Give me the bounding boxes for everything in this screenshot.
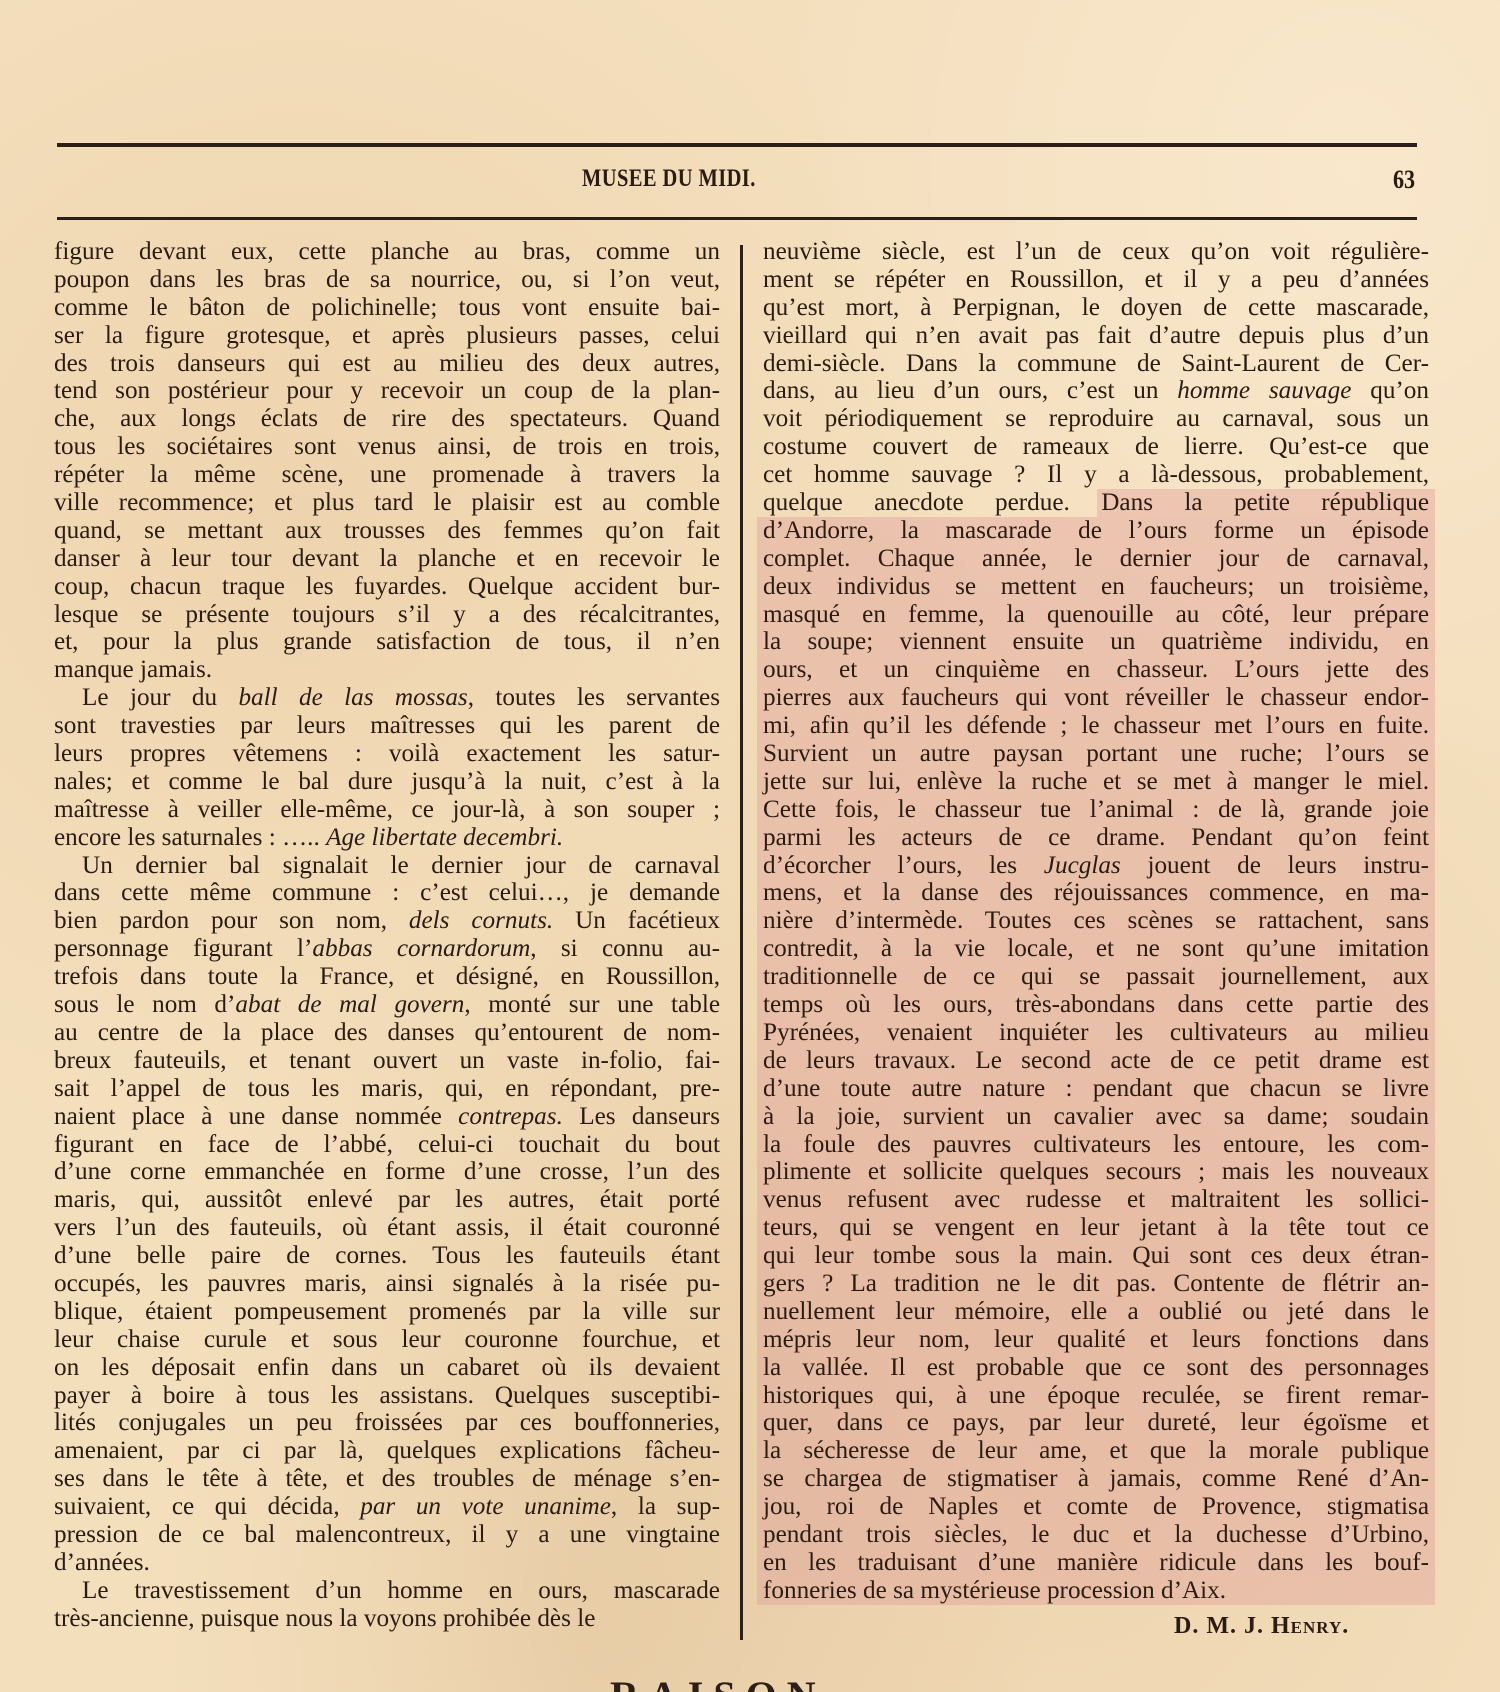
line-text: manque jamais.: [54, 656, 212, 683]
text-line: et, pour la plus grande satisfaction de …: [54, 628, 720, 656]
text-line: teurs, qui se vengent en leur jetant à l…: [757, 1214, 1435, 1242]
text-line: demi-siècle. Dans la commune de Saint-La…: [763, 350, 1429, 378]
line-text: nuellement leur mémoire, elle a oublié o…: [763, 1298, 1429, 1325]
text-line: Pyrénées, venaient inquiéter les cultiva…: [757, 1019, 1435, 1047]
line-text: nière d’intermède. Toutes ces scènes se …: [763, 907, 1429, 934]
line-text: la vallée. Il est probable que ce sont d…: [763, 1354, 1429, 1381]
line-text: dans cette même commune : c’est celui…, …: [54, 879, 720, 906]
text-line: jette sur lui, enlève la ruche et se met…: [757, 768, 1435, 796]
text-line: plimente et sollicite quelques secours ;…: [757, 1158, 1435, 1186]
text-line: trefois dans toute la France, et désigné…: [54, 963, 720, 991]
line-text: jou, roi de Naples et comte de Provence,…: [763, 1493, 1429, 1520]
line-text: occupés, les pauvres maris, ainsi signal…: [54, 1270, 720, 1297]
line-text: des trois danseurs qui est au milieu des…: [54, 350, 720, 377]
author-initials: D. M. J.: [1174, 1613, 1271, 1639]
line-text: naient place à une danse nommée: [54, 1103, 458, 1130]
text-line: au centre de la place des danses qu’ento…: [54, 1019, 720, 1047]
text-line: vers l’un des fauteuils, où étant assis,…: [54, 1214, 720, 1242]
text-line: leur chaise curule et sous leur couronne…: [54, 1326, 720, 1354]
text-line: qui leur tombe sous la main. Qui sont ce…: [757, 1242, 1435, 1270]
line-text: venus refusent avec rudesse et maltraite…: [763, 1186, 1429, 1213]
text-line: neuvième siècle, est l’un de ceux qu’on …: [763, 238, 1429, 266]
text-line: quand, se mettant aux trousses des femme…: [54, 517, 720, 545]
line-text: d’une corne emmanchée en forme d’une cro…: [54, 1158, 720, 1185]
text-line: Le jour du ball de las mossas, toutes le…: [54, 684, 720, 712]
text-line: la vallée. Il est probable que ce sont d…: [757, 1354, 1435, 1382]
line-text: de leurs travaux. Le second acte de ce p…: [763, 1047, 1429, 1074]
line-text: poupon dans les bras de sa nourrice, ou,…: [54, 266, 720, 293]
text-line: dans cette même commune : c’est celui…, …: [54, 879, 720, 907]
line-text: pierres aux faucheurs qui vont réveiller…: [763, 684, 1429, 711]
line-text: personnage figurant l’: [54, 935, 312, 962]
text-line: sont travesties par leurs maîtresses qui…: [54, 712, 720, 740]
text-line: danser à leur tour devant la planche et …: [54, 545, 720, 573]
line-text: tous les sociétaires sont venus ainsi, d…: [54, 433, 720, 460]
text-line: Survient un autre paysan portant une ruc…: [757, 740, 1435, 768]
text-line: Le travestissement d’un homme en ours, m…: [54, 1577, 720, 1605]
line-text: Cette fois, le chasseur tue l’animal : d…: [763, 796, 1429, 823]
text-line: la sécheresse de leur ame, et que la mor…: [757, 1437, 1435, 1465]
line-text: leurs propres vêtemens : voilà exactemen…: [54, 740, 720, 767]
line-text: pendant trois siècles, le duc et la duch…: [763, 1521, 1429, 1548]
line-text: figure devant eux, cette planche au bras…: [54, 238, 720, 265]
italic-term: par un vote unanime: [360, 1493, 611, 1520]
line-text: breux fauteuils, et tenant ouvert un vas…: [54, 1047, 720, 1074]
line-text: ours, et un cinquième en chasseur. L’our…: [763, 656, 1429, 683]
line-text: amenaient, par ci par là, quelques expli…: [54, 1437, 720, 1464]
line-text-after: qu’on: [1351, 377, 1429, 404]
text-line: ville recommence; et plus tard le plaisi…: [54, 489, 720, 517]
line-text: en les traduisant d’une manière ridicule…: [763, 1549, 1429, 1576]
line-text: se chargea de stigmatiser à jamais, comm…: [763, 1465, 1429, 1492]
line-text-after: jouent de leurs instru-: [1121, 852, 1429, 879]
line-text: ville recommence; et plus tard le plaisi…: [54, 489, 720, 516]
line-text: mi, afin qu’il les défende ; le chasseur…: [763, 712, 1429, 739]
text-line: nales; et comme le bal dure jusqu’à la n…: [54, 768, 720, 796]
line-text-after: , toutes les servantes: [468, 684, 720, 711]
line-text: très-ancienne, puisque nous la voyons pr…: [54, 1605, 595, 1632]
text-line: dans, au lieu d’un ours, c’est un homme …: [763, 377, 1429, 405]
italic-term: abat de mal govern: [235, 991, 464, 1018]
text-line: vieillard qui n’en avait pas fait d’autr…: [763, 322, 1429, 350]
line-text: d’années.: [54, 1549, 150, 1576]
text-line: pendant trois siècles, le duc et la duch…: [757, 1521, 1435, 1549]
text-line: maîtresse à veiller elle-même, ce jour-l…: [54, 796, 720, 824]
text-line: pierres aux faucheurs qui vont réveiller…: [757, 684, 1435, 712]
line-text: cet homme sauvage ? Il y a là-dessous, p…: [763, 461, 1429, 488]
line-text: bien pardon pour son nom,: [54, 907, 409, 934]
line-text: sous le nom d’: [54, 991, 235, 1018]
text-line: jou, roi de Naples et comte de Provence,…: [757, 1493, 1435, 1521]
italic-term: Jucglas: [1044, 852, 1121, 879]
line-text: che, aux longs éclats de rire des specta…: [54, 405, 720, 432]
text-line: mi, afin qu’il les défende ; le chasseur…: [757, 712, 1435, 740]
line-text: temps où les ours, très-abondans dans ce…: [763, 991, 1429, 1018]
left-column: figure devant eux, cette planche au bras…: [54, 238, 720, 1633]
text-line: venus refusent avec rudesse et maltraite…: [757, 1186, 1435, 1214]
line-text-after: Les danseurs: [563, 1103, 720, 1130]
line-text: teurs, qui se vengent en leur jetant à l…: [763, 1214, 1429, 1241]
text-line: mépris leur nom, leur qualité et leurs f…: [757, 1326, 1435, 1354]
line-text: tend son postérieur pour y recevoir un c…: [54, 377, 720, 404]
line-text: neuvième siècle, est l’un de ceux qu’on …: [763, 238, 1429, 265]
text-line: tend son postérieur pour y recevoir un c…: [54, 377, 720, 405]
text-line: d’une belle paire de cornes. Tous les fa…: [54, 1242, 720, 1270]
line-text: coup, chacun traque les fuyardes. Quelqu…: [54, 573, 720, 600]
line-text: la foule des pauvres cultivateurs les en…: [763, 1131, 1429, 1158]
line-text-after: Un facétieux: [553, 907, 720, 934]
text-line: sous le nom d’abat de mal govern, monté …: [54, 991, 720, 1019]
line-text: parmi les acteurs de ce drame. Pendant q…: [763, 824, 1429, 851]
line-text: Survient un autre paysan portant une ruc…: [763, 740, 1429, 767]
line-text: deux individus se mettent en faucheurs; …: [763, 573, 1429, 600]
author-signature: D. M. J. Henry.: [1174, 1613, 1349, 1640]
line-text: ser la figure grotesque, et après plusie…: [54, 322, 720, 349]
line-text-after: , si connu au-: [530, 935, 720, 962]
text-line: ser la figure grotesque, et après plusie…: [54, 322, 720, 350]
running-head: MUSEE DU MIDI. 63: [0, 165, 1500, 205]
text-line: très-ancienne, puisque nous la voyons pr…: [54, 1605, 720, 1633]
italic-term: Age libertate decembri.: [326, 824, 563, 851]
line-text: et, pour la plus grande satisfaction de …: [54, 628, 720, 655]
italic-term: abbas cornardorum: [312, 935, 530, 962]
text-line: ses dans le tête à tête, et des troubles…: [54, 1465, 720, 1493]
line-text: à la joie, survient un cavalier avec sa …: [763, 1103, 1429, 1130]
line-text: costume couvert de rameaux de lierre. Qu…: [763, 433, 1429, 460]
line-text: d’Andorre, la mascarade de l’ours forme …: [763, 517, 1429, 544]
text-line: masqué en femme, la quenouille au côté, …: [757, 601, 1435, 629]
text-line: pression de ce bal malencontreux, il y a…: [54, 1521, 720, 1549]
text-line: d’années.: [54, 1549, 720, 1577]
text-line: che, aux longs éclats de rire des specta…: [54, 405, 720, 433]
text-line: de leurs travaux. Le second acte de ce p…: [757, 1047, 1435, 1075]
text-line: en les traduisant d’une manière ridicule…: [757, 1549, 1435, 1577]
line-text: trefois dans toute la France, et désigné…: [54, 963, 720, 990]
italic-term: contrepas.: [458, 1103, 563, 1130]
line-text: leur chaise curule et sous leur couronne…: [54, 1326, 720, 1353]
line-text: figurant en face de l’abbé, celui-ci tou…: [54, 1131, 720, 1158]
line-text: nales; et comme le bal dure jusqu’à la n…: [54, 768, 720, 795]
line-text: qui leur tombe sous la main. Qui sont ce…: [763, 1242, 1429, 1269]
text-line: deux individus se mettent en faucheurs; …: [757, 573, 1435, 601]
text-line: Cette fois, le chasseur tue l’animal : d…: [757, 796, 1435, 824]
text-line: Un dernier bal signalait le dernier jour…: [54, 852, 720, 880]
text-line: manque jamais.: [54, 656, 720, 684]
text-line: complet. Chaque année, le dernier jour d…: [757, 545, 1435, 573]
text-line: des trois danseurs qui est au milieu des…: [54, 350, 720, 378]
text-line: leurs propres vêtemens : voilà exactemen…: [54, 740, 720, 768]
text-line: amenaient, par ci par là, quelques expli…: [54, 1437, 720, 1465]
text-line: à la joie, survient un cavalier avec sa …: [757, 1103, 1435, 1131]
line-text: blique, étaient pompeusement promenés pa…: [54, 1298, 720, 1325]
line-text: suivaient, ce qui décida,: [54, 1493, 360, 1520]
line-text: plimente et sollicite quelques secours ;…: [763, 1158, 1429, 1185]
line-text: ment se répéter en Roussillon, et il y a…: [763, 266, 1429, 293]
line-text: dans, au lieu d’un ours, c’est un: [763, 377, 1177, 404]
text-line: gers ? La tradition ne le dit pas. Conte…: [757, 1270, 1435, 1298]
line-text: quer, dans ce pays, par leur dureté, leu…: [763, 1409, 1429, 1436]
line-text: complet. Chaque année, le dernier jour d…: [763, 545, 1429, 572]
line-text: d’une toute autre nature : pendant que c…: [763, 1075, 1429, 1102]
line-text: on les déposait enfin dans un cabaret où…: [54, 1354, 720, 1381]
author-surname: Henry.: [1271, 1613, 1349, 1639]
line-text: d’une belle paire de cornes. Tous les fa…: [54, 1242, 720, 1269]
text-line: la foule des pauvres cultivateurs les en…: [757, 1131, 1435, 1159]
line-text: pression de ce bal malencontreux, il y a…: [54, 1521, 720, 1548]
text-line: d’une corne emmanchée en forme d’une cro…: [54, 1158, 720, 1186]
text-line: blique, étaient pompeusement promenés pa…: [54, 1298, 720, 1326]
text-line: naient place à une danse nommée contrepa…: [54, 1103, 720, 1131]
line-text: payer à boire à tous les assistans. Quel…: [54, 1382, 720, 1409]
line-text: demi-siècle. Dans la commune de Saint-La…: [763, 350, 1429, 377]
line-text-after: , la sup-: [611, 1493, 720, 1520]
italic-term: ball de las mossas: [238, 684, 467, 711]
line-text: maris, qui, aussitôt enlevé par les autr…: [54, 1186, 720, 1213]
text-line: tous les sociétaires sont venus ainsi, d…: [54, 433, 720, 461]
line-text: Le jour du: [82, 684, 238, 711]
text-line: maris, qui, aussitôt enlevé par les autr…: [54, 1186, 720, 1214]
text-line: se chargea de stigmatiser à jamais, comm…: [757, 1465, 1435, 1493]
text-line: mens, et la danse des réjouissances comm…: [757, 879, 1435, 907]
line-text: mens, et la danse des réjouissances comm…: [763, 879, 1429, 906]
italic-term: dels cornuts.: [409, 907, 553, 934]
line-text: la soupe; viennent ensuite un quatrième …: [763, 628, 1429, 655]
text-line: ours, et un cinquième en chasseur. L’our…: [757, 656, 1435, 684]
line-text: la sécheresse de leur ame, et que la mor…: [763, 1437, 1429, 1464]
line-text: qu’est mort, à Perpignan, le doyen de ce…: [763, 294, 1429, 321]
text-line: d’Andorre, la mascarade de l’ours forme …: [757, 517, 1435, 545]
header-top-rule: [57, 143, 1417, 147]
line-text: historiques qui, à une époque reculée, s…: [763, 1382, 1429, 1409]
text-line: cet homme sauvage ? Il y a là-dessous, p…: [763, 461, 1429, 489]
line-text: comme le bâton de polichinelle; tous von…: [54, 294, 720, 321]
line-text: voit périodiquement se reproduire au car…: [763, 405, 1429, 432]
text-line: fonneries de sa mystérieuse procession d…: [757, 1577, 1435, 1605]
italic-term: homme sauvage: [1177, 377, 1351, 404]
text-line: poupon dans les bras de sa nourrice, ou,…: [54, 266, 720, 294]
line-text: masqué en femme, la quenouille au côté, …: [763, 601, 1429, 628]
line-text: vieillard qui n’en avait pas fait d’autr…: [763, 322, 1429, 349]
text-line: lités conjugales un peu froissées par ce…: [54, 1409, 720, 1437]
line-text: quand, se mettant aux trousses des femme…: [54, 517, 720, 544]
line-text: sont travesties par leurs maîtresses qui…: [54, 712, 720, 739]
text-line: temps où les ours, très-abondans dans ce…: [757, 991, 1435, 1019]
text-line: coup, chacun traque les fuyardes. Quelqu…: [54, 573, 720, 601]
text-line: personnage figurant l’abbas cornardorum,…: [54, 935, 720, 963]
text-line: breux fauteuils, et tenant ouvert un vas…: [54, 1047, 720, 1075]
right-column: neuvième siècle, est l’un de ceux qu’on …: [763, 238, 1429, 1605]
line-text: danser à leur tour devant la planche et …: [54, 545, 720, 572]
line-text-after: , monté sur une table: [464, 991, 720, 1018]
line-text: quelque anecdote perdue. Dans la petite …: [763, 489, 1429, 516]
line-text: gers ? La tradition ne le dit pas. Conte…: [763, 1270, 1429, 1297]
text-line: on les déposait enfin dans un cabaret où…: [54, 1354, 720, 1382]
line-text: contredit, à la vie locale, et ne sont q…: [763, 935, 1429, 962]
text-line: encore les saturnales : ….. Age libertat…: [54, 824, 720, 852]
text-line: répéter la même scène, une promenade à t…: [54, 461, 720, 489]
text-line: figure devant eux, cette planche au bras…: [54, 238, 720, 266]
line-text: Pyrénées, venaient inquiéter les cultiva…: [763, 1019, 1429, 1046]
line-text: encore les saturnales : …..: [54, 824, 326, 851]
line-text: d’écorcher l’ours, les: [763, 852, 1044, 879]
text-line: costume couvert de rameaux de lierre. Qu…: [763, 433, 1429, 461]
text-line: nière d’intermède. Toutes ces scènes se …: [757, 907, 1435, 935]
text-line: parmi les acteurs de ce drame. Pendant q…: [757, 824, 1435, 852]
line-text: Le travestissement d’un homme en ours, m…: [82, 1577, 720, 1604]
line-text: fonneries de sa mystérieuse procession d…: [763, 1577, 1226, 1604]
text-line: traditionnelle de ce qui se passait jour…: [757, 963, 1435, 991]
text-line: voit périodiquement se reproduire au car…: [763, 405, 1429, 433]
line-text: jette sur lui, enlève la ruche et se met…: [763, 768, 1429, 795]
text-line: nuellement leur mémoire, elle a oublié o…: [757, 1298, 1435, 1326]
line-text: lesque se présente toujours s’il y a des…: [54, 601, 720, 628]
text-line: comme le bâton de polichinelle; tous von…: [54, 294, 720, 322]
text-line: payer à boire à tous les assistans. Quel…: [54, 1382, 720, 1410]
line-text: maîtresse à veiller elle-même, ce jour-l…: [54, 796, 720, 823]
line-text: Un dernier bal signalait le dernier jour…: [82, 852, 720, 879]
text-line: la soupe; viennent ensuite un quatrième …: [757, 628, 1435, 656]
page-number: 63: [1393, 165, 1415, 195]
text-line: qu’est mort, à Perpignan, le doyen de ce…: [763, 294, 1429, 322]
text-line: figurant en face de l’abbé, celui-ci tou…: [54, 1131, 720, 1159]
column-divider: [740, 245, 743, 1640]
text-line: sait l’appel de tous les maris, qui, en …: [54, 1075, 720, 1103]
text-line: lesque se présente toujours s’il y a des…: [54, 601, 720, 629]
line-text: au centre de la place des danses qu’ento…: [54, 1019, 720, 1046]
next-article-heading-fragment: RAISON: [610, 1676, 826, 1692]
line-text: lités conjugales un peu froissées par ce…: [54, 1409, 720, 1436]
text-line: suivaient, ce qui décida, par un vote un…: [54, 1493, 720, 1521]
line-text: traditionnelle de ce qui se passait jour…: [763, 963, 1429, 990]
text-line: d’une toute autre nature : pendant que c…: [757, 1075, 1435, 1103]
line-text: mépris leur nom, leur qualité et leurs f…: [763, 1326, 1429, 1353]
text-line: quer, dans ce pays, par leur dureté, leu…: [757, 1409, 1435, 1437]
document-page: MUSEE DU MIDI. 63 figure devant eux, cet…: [0, 0, 1500, 1692]
text-line: contredit, à la vie locale, et ne sont q…: [757, 935, 1435, 963]
line-text: ses dans le tête à tête, et des troubles…: [54, 1465, 720, 1492]
line-text: répéter la même scène, une promenade à t…: [54, 461, 720, 488]
text-line: bien pardon pour son nom, dels cornuts. …: [54, 907, 720, 935]
text-line: d’écorcher l’ours, les Jucglas jouent de…: [757, 852, 1435, 880]
text-line: quelque anecdote perdue. Dans la petite …: [757, 489, 1435, 517]
text-line: occupés, les pauvres maris, ainsi signal…: [54, 1270, 720, 1298]
text-line: ment se répéter en Roussillon, et il y a…: [763, 266, 1429, 294]
text-line: historiques qui, à une époque reculée, s…: [757, 1382, 1435, 1410]
header-bottom-rule: [57, 217, 1417, 220]
journal-title: MUSEE DU MIDI.: [582, 165, 756, 193]
line-text: sait l’appel de tous les maris, qui, en …: [54, 1075, 720, 1102]
line-text: vers l’un des fauteuils, où étant assis,…: [54, 1214, 720, 1241]
